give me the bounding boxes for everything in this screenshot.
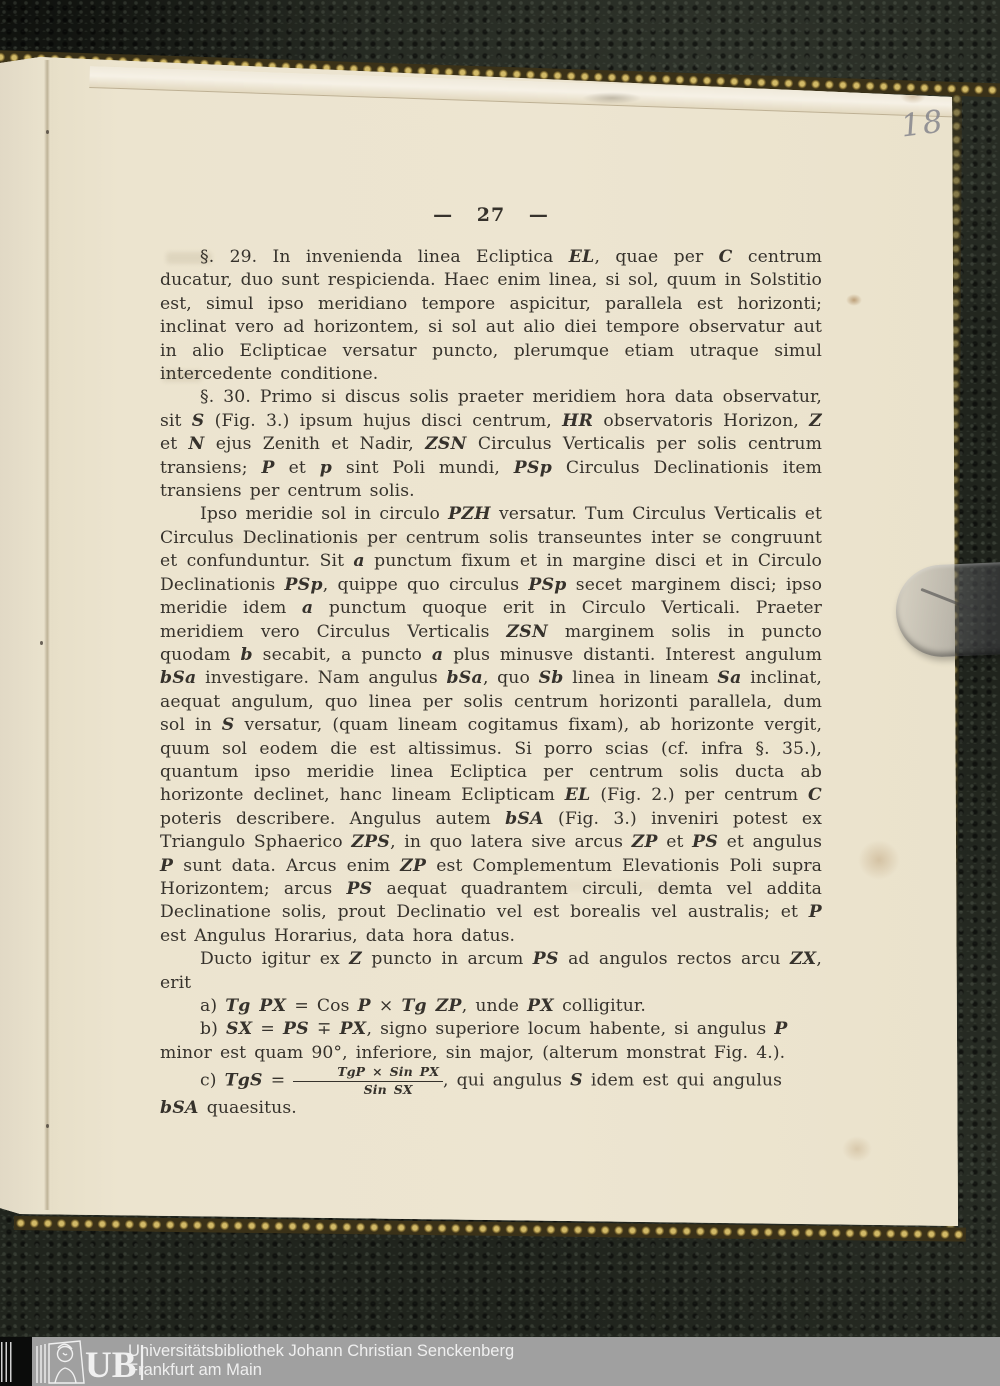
scanned-page: 18 — 27 — §. 29. In invenienda linea Ecl… bbox=[0, 0, 1000, 1386]
formula-b: b) SX = PS ∓ PX, signo superiore locum h… bbox=[160, 1018, 822, 1065]
page-holder-clip bbox=[888, 550, 1000, 668]
handwritten-page-note: 18 bbox=[899, 103, 947, 144]
footer-institution-line2: Frankfurt am Main bbox=[128, 1361, 514, 1380]
sewing-hole bbox=[46, 130, 49, 134]
footer-edge-lines bbox=[1, 1342, 13, 1382]
sewing-hole bbox=[40, 641, 43, 645]
footer-bar: UB Universitätsbibliothek Johann Christi… bbox=[0, 1337, 1000, 1386]
page-number: — 27 — bbox=[160, 204, 822, 226]
fraction: TgP × Sin PXSin SX bbox=[293, 1065, 443, 1097]
text-block: §. 29. In invenienda linea Ecliptica EL,… bbox=[160, 246, 822, 1120]
gutter-crease bbox=[44, 60, 50, 1210]
para-ducto: Ducto igitur ex Z puncto in arcum PS ad … bbox=[160, 948, 822, 995]
section-29: §. 29. In invenienda linea Ecliptica EL,… bbox=[160, 246, 822, 386]
formula-c: c) TgS = TgP × Sin PXSin SX, qui angulus… bbox=[160, 1065, 822, 1120]
section-30: §. 30. Primo si discus solis praeter mer… bbox=[160, 386, 822, 503]
stain bbox=[582, 92, 642, 104]
stain bbox=[846, 294, 862, 306]
formula-a: a) Tg PX = Cos P × Tg ZP, unde PX collig… bbox=[160, 995, 822, 1018]
clip-reflection bbox=[921, 588, 976, 612]
para-ipso-meridie: Ipso meridie sol in circulo PZH versatur… bbox=[160, 503, 822, 948]
footer-institution-line1: Universitätsbibliothek Johann Christian … bbox=[128, 1342, 514, 1361]
stain bbox=[858, 840, 900, 880]
page-holder-clip-body bbox=[894, 561, 1000, 659]
footer-institution: Universitätsbibliothek Johann Christian … bbox=[128, 1342, 514, 1380]
stain bbox=[842, 1136, 872, 1162]
sewing-hole bbox=[46, 1124, 49, 1128]
